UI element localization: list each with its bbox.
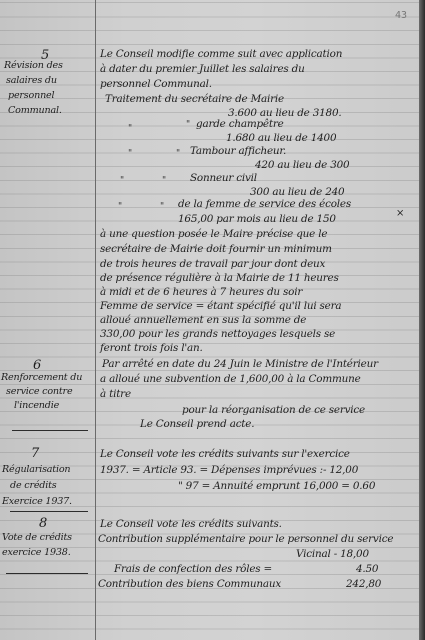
entry-5-body-line: alloué annuellement en sus la somme de [100, 314, 306, 326]
entry-5-body-line: personnel Communal. [100, 78, 212, 90]
entry-5-body-line: 1.680 au lieu de 1400 [226, 132, 336, 144]
ditto-mark: " [186, 120, 190, 130]
entry-8-body-line: Le Conseil vote les crédits suivants. [100, 518, 282, 530]
entry-5-body-line: 420 au lieu de 300 [255, 159, 349, 171]
entry-5-body-line: à midi et de 6 heures à 7 heures du soir [100, 286, 302, 298]
entry-6-margin-title-line: l'incendie [14, 400, 59, 411]
entry-7-body-line: Le Conseil vote les crédits suivants sur… [100, 448, 350, 460]
entry-6-margin-title-line: service contre [6, 386, 72, 397]
entry-7-body-line: " 97 = Annuité emprunt 16,000 = 0.60 [178, 480, 375, 492]
ditto-mark: " [162, 176, 166, 186]
entry-5-body-line: garde champêtre [196, 118, 284, 130]
ditto-mark: " [120, 176, 124, 186]
entry-5-body-line: Sonneur civil [190, 172, 257, 184]
entry-5-body-line: Femme de service = étant spécifié qu'il … [100, 300, 341, 312]
entry-6-body-line: Le Conseil prend acte. [140, 418, 254, 430]
entry-5-body-line: à une question posée le Maire précise qu… [100, 228, 327, 240]
margin-line [95, 0, 96, 640]
entry-5-body-line: de la femme de service des écoles [178, 198, 351, 210]
entry-5-body-line: à dater du premier Juillet les salaires … [100, 63, 305, 75]
entry-5-body-line: 330,00 pour les grands nettoyages lesque… [100, 328, 335, 340]
entry-8-body-line: Contribution des biens Communaux [98, 578, 281, 590]
entry-8-margin-title-line: exercice 1938. [2, 547, 71, 558]
entry-6-number: 6 [22, 358, 52, 373]
entry-5-body-line: secrétaire de Mairie doit fournir un min… [100, 243, 332, 255]
entry-6-body-line: à titre [100, 388, 131, 400]
page-number: 43 [395, 10, 407, 21]
entry-8-separator [6, 573, 88, 574]
entry-7-margin-title-line: Exercice 1937. [2, 496, 72, 507]
entry-5-body-line: Tambour afficheur. [190, 145, 286, 157]
entry-5-body-line: 165,00 par mois au lieu de 150 [178, 213, 336, 225]
ditto-mark: " [176, 149, 180, 159]
page-binding-edge [419, 0, 425, 640]
ditto-mark: " [118, 202, 122, 212]
entry-5-margin-title-line: salaires du [6, 75, 57, 86]
entry-8-amount: 242,80 [346, 578, 381, 590]
ledger-page: 43 5 Révision des salaires du personnel … [0, 0, 425, 640]
entry-6-body-line: a alloué une subvention de 1,600,00 à la… [100, 373, 361, 385]
entry-8-amount: 4.50 [356, 563, 378, 575]
entry-8-body-line: Contribution supplémentaire pour le pers… [98, 533, 393, 545]
cross-mark: × [396, 208, 404, 219]
entry-7-margin-title-line: de crédits [10, 480, 57, 491]
entry-8-body-line: Vicinal - 18,00 [296, 548, 369, 560]
entry-5-body-line: 300 au lieu de 240 [250, 186, 344, 198]
entry-7-number: 7 [20, 446, 50, 461]
entry-5-margin-title-line: Communal. [8, 105, 62, 116]
entry-5-body-line: Traitement du secrétaire de Mairie [105, 93, 284, 105]
entry-6-body-line: Par arrêté en date du 24 Juin le Ministr… [102, 358, 378, 370]
entry-7-body-line: 1937. = Article 93. = Dépenses imprévues… [100, 464, 358, 476]
entry-5-body-line: de trois heures de travail par jour dont… [100, 258, 325, 270]
entry-5-margin-title-line: Révision des [4, 60, 63, 71]
ditto-mark: " [128, 149, 132, 159]
entry-6-margin-title-line: Renforcement du [1, 372, 82, 383]
entry-5-body-line: Le Conseil modifie comme suit avec appli… [100, 48, 342, 60]
entry-5-body-line: feront trois fois l'an. [100, 342, 203, 354]
entry-8-number: 8 [28, 516, 58, 531]
entry-6-separator [12, 430, 88, 431]
entry-7-separator [10, 511, 88, 512]
entry-8-body-line: Frais de confection des rôles = [114, 563, 272, 575]
entry-7-margin-title-line: Régularisation [2, 464, 70, 475]
entry-5-body-line: de présence régulière à la Mairie de 11 … [100, 272, 339, 284]
ditto-mark: " [128, 124, 132, 134]
entry-5-margin-title-line: personnel [8, 90, 54, 101]
entry-8-margin-title-line: Vote de crédits [2, 532, 72, 543]
ditto-mark: " [160, 202, 164, 212]
entry-6-body-line: pour la réorganisation de ce service [182, 404, 365, 416]
